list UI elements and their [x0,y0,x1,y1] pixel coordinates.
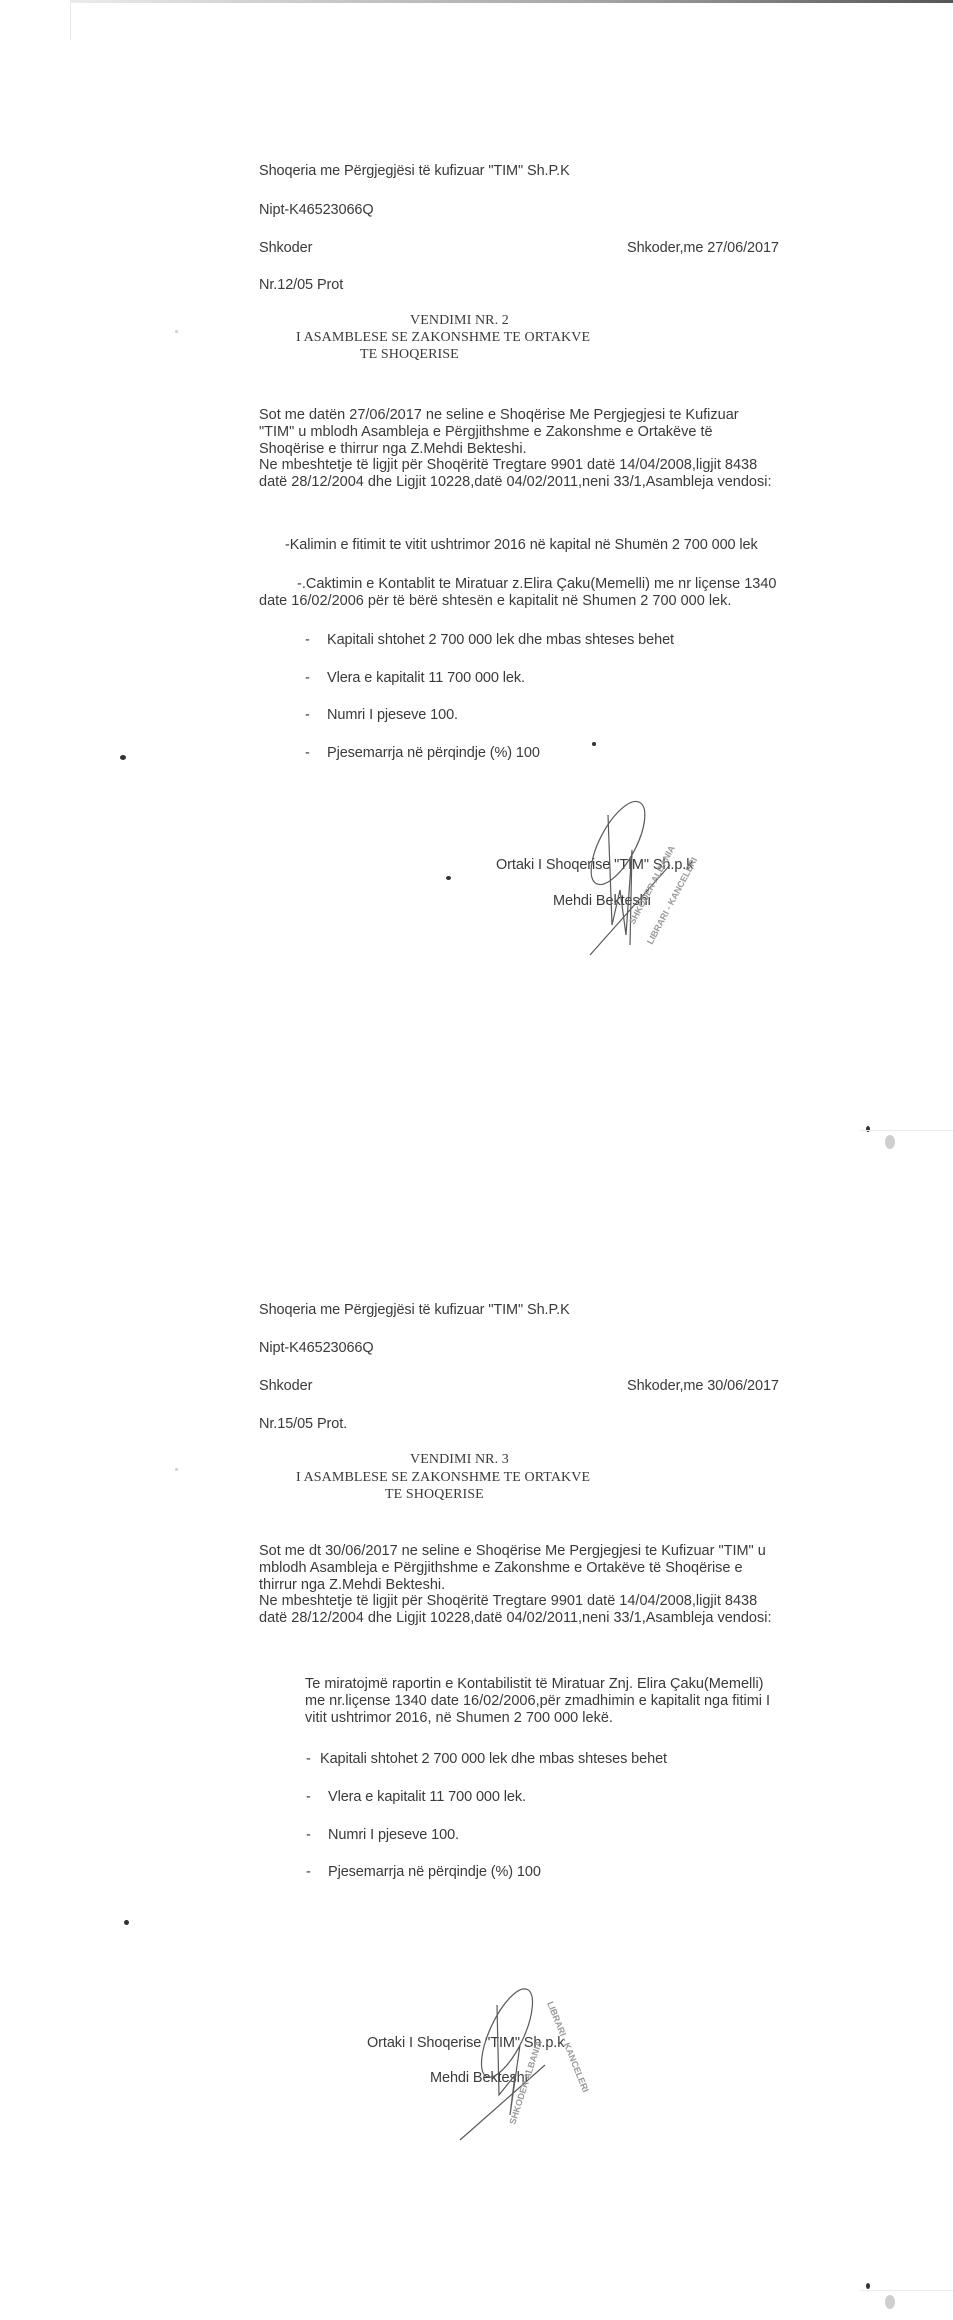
decision-item-1: -Kalimin e fitimit te vitit ushtrimor 20… [285,537,758,553]
bullet-item: -Kapitali shtohet 2 700 000 lek dhe mbas… [306,1751,667,1767]
signature-name: Mehdi Bekteshi [430,2070,528,2086]
intro-line: Sot me dt 30/06/2017 ne seline e Shoqëri… [259,1543,771,1560]
decision-subtitle: I ASAMBLESE SE ZAKONSHME TE ORTAKVE [296,330,590,346]
scan-left-edge [70,0,71,40]
company-name: Shoqeria me Përgjegjësi të kufizuar "TIM… [259,1302,570,1318]
signature-stamp-icon: SHKODER ALBANIA LIBRARI - KANCELERI [560,795,710,965]
city: Shkoder [259,240,312,256]
decision-title: VENDIMI NR. 3 [410,1452,509,1468]
decision-title: VENDIMI NR. 2 [410,313,509,329]
decision-line: date 16/02/2006 për të bërë shtesën e ka… [259,593,776,610]
scan-smudge [885,2295,895,2309]
place-date: Shkoder,me 30/06/2017 [627,1378,779,1394]
scan-speck [866,2283,870,2289]
intro-line: mblodh Asambleja e Përgjithshme e Zakons… [259,1560,771,1577]
decision-paragraph: Te miratojmë raportin e Kontabilistit të… [305,1676,770,1726]
scan-line [860,2290,953,2291]
decision-line: me nr.liçense 1340 date 16/02/2006,për z… [305,1693,770,1710]
intro-line: Ne mbeshtetje të ligjit për Shoqëritë Tr… [259,457,771,474]
signature-name: Mehdi Bekteshi [553,893,651,909]
scan-speck [124,1920,129,1925]
bullet-item: -Pjesemarrja në përqindje (%) 100 [306,1864,541,1880]
bullet-item: -Kapitali shtohet 2 700 000 lek dhe mbas… [305,632,674,648]
city: Shkoder [259,1378,312,1394]
decision-subtitle: I ASAMBLESE SE ZAKONSHME TE ORTAKVE [296,1470,590,1486]
scan-smudge [885,1135,895,1149]
signature-stamp-icon: SHKODER ALBANIA LIBRARI - KANCELERI [455,1975,625,2145]
decision-subtitle-2: TE SHOQERISE [385,1487,484,1503]
intro-paragraph: Sot me dt 30/06/2017 ne seline e Shoqëri… [259,1543,771,1627]
scan-line [860,1130,953,1131]
signature-title: Ortaki I Shoqerise "TIM" Sh.p.k [367,2035,564,2051]
scan-speck [866,1126,870,1132]
intro-line: datë 28/12/2004 dhe Ligjit 10228,datë 04… [259,474,771,491]
scan-top-edge [70,0,953,3]
bullet-item: -Vlera e kapitalit 11 700 000 lek. [306,1789,526,1805]
intro-line: datë 28/12/2004 dhe Ligjit 10228,datë 04… [259,1610,771,1627]
intro-line: Ne mbeshtetje të ligjit për Shoqëritë Tr… [259,1593,771,1610]
bullet-item: -Pjesemarrja në përqindje (%) 100 [305,745,540,761]
place-date: Shkoder,me 27/06/2017 [627,240,779,256]
bullet-item: -Numri I pjeseve 100. [305,707,458,723]
intro-line: Shoqërise e thirrur nga Z.Mehdi Bekteshi… [259,441,771,458]
nipt-number: Nipt-K46523066Q [259,1340,374,1356]
decision-subtitle-2: TE SHOQERISE [360,347,459,363]
decision-line: -.Caktimin e Kontablit te Miratuar z.Eli… [259,576,776,593]
signature-title: Ortaki I Shoqerise "TIM" Sh.p.k [496,857,693,873]
scan-speck [446,876,451,880]
bullet-item: -Numri I pjeseve 100. [306,1827,459,1843]
company-name: Shoqeria me Përgjegjësi të kufizuar "TIM… [259,163,570,179]
scan-speck [592,742,596,746]
scan-speck [120,755,126,760]
protocol-number: Nr.15/05 Prot. [259,1416,347,1432]
protocol-number: Nr.12/05 Prot [259,277,343,293]
nipt-number: Nipt-K46523066Q [259,202,374,218]
intro-paragraph: Sot me datën 27/06/2017 ne seline e Shoq… [259,407,771,491]
scan-speck [175,330,178,333]
bullet-item: -Vlera e kapitalit 11 700 000 lek. [305,670,525,686]
intro-line: thirrur nga Z.Mehdi Bekteshi. [259,1577,771,1594]
intro-line: Sot me datën 27/06/2017 ne seline e Shoq… [259,407,771,424]
stamp-text-inner: SHKODER ALBANIA [627,843,677,926]
decision-line: vitit ushtrimor 2016, në Shumen 2 700 00… [305,1710,770,1727]
decision-item-2: -.Caktimin e Kontablit te Miratuar z.Eli… [259,576,776,610]
scan-speck [175,1468,178,1471]
intro-line: "TIM" u mblodh Asambleja e Përgjithshme … [259,424,771,441]
decision-line: Te miratojmë raportin e Kontabilistit të… [305,1676,770,1693]
